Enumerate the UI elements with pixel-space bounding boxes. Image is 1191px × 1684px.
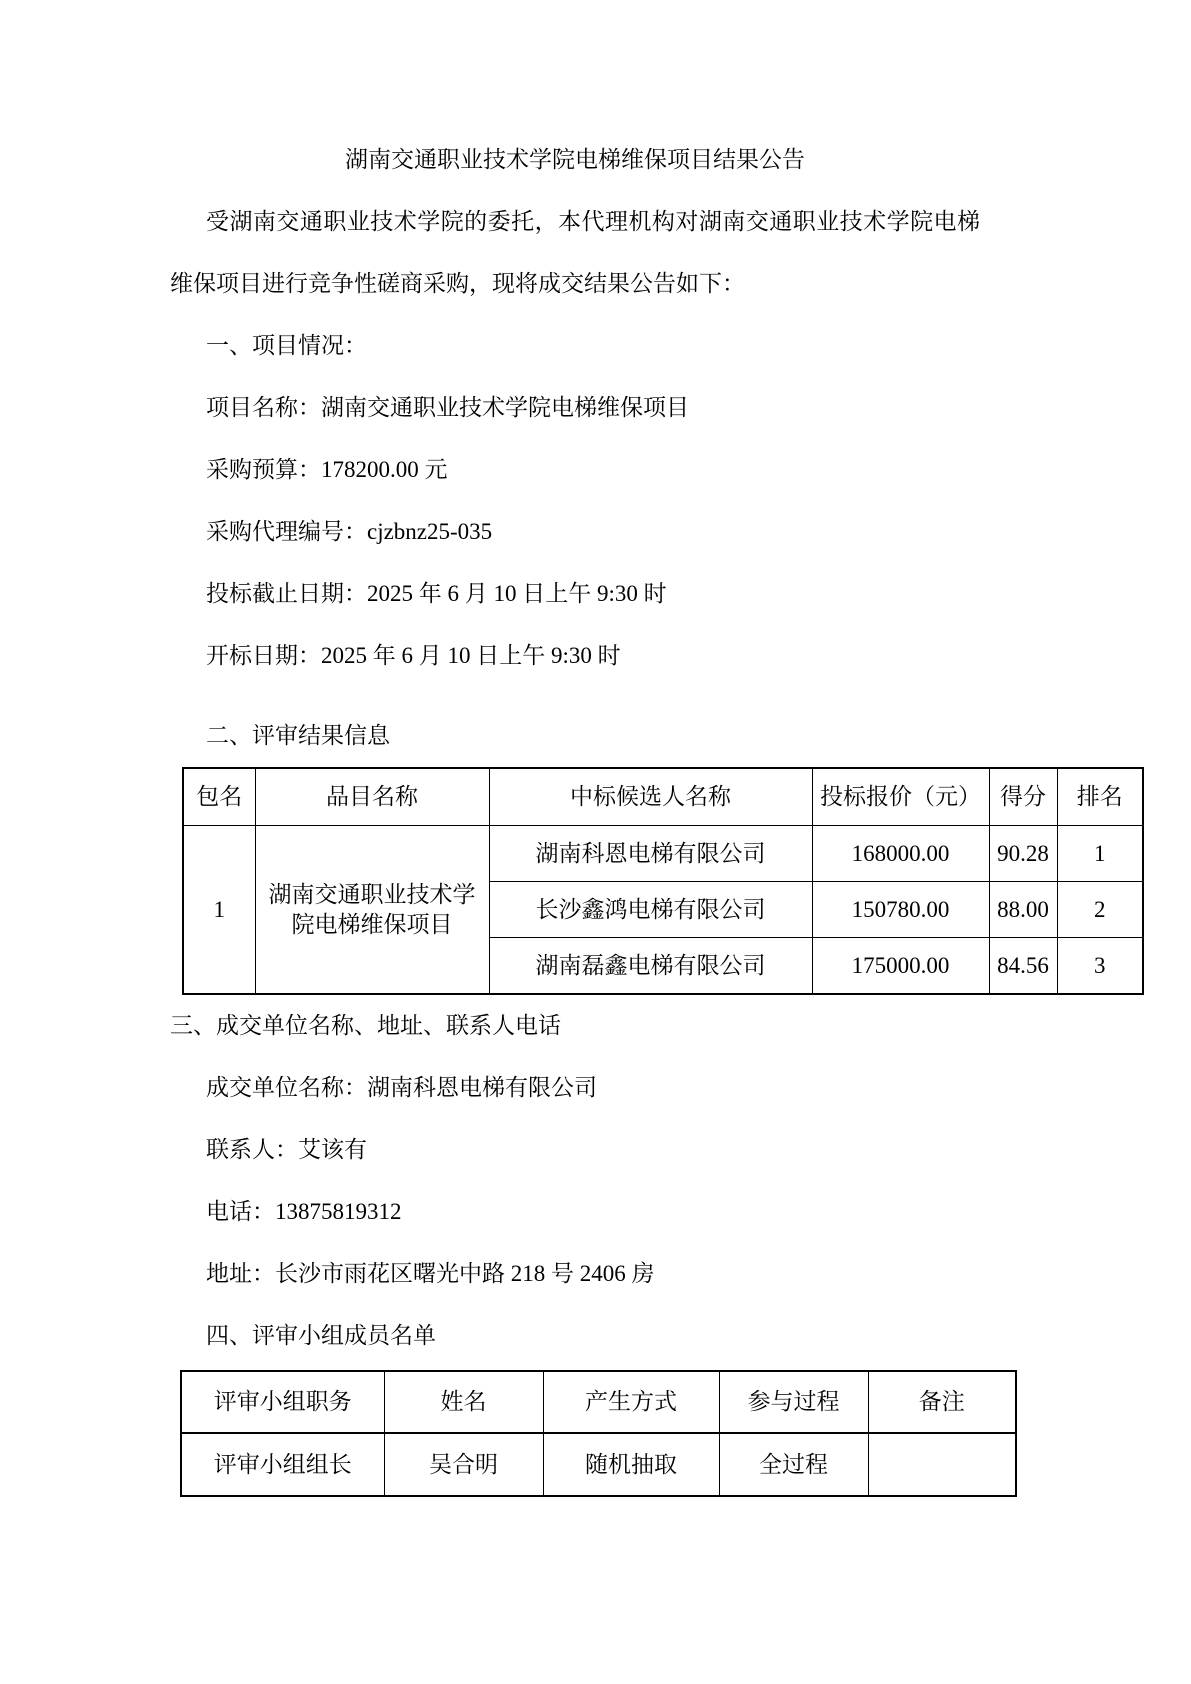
column-header-selection-method: 产生方式 <box>543 1371 719 1433</box>
field-winner-name: 成交单位名称：湖南科恩电梯有限公司 <box>170 1057 1191 1119</box>
column-header-panel-role: 评审小组职务 <box>181 1371 384 1433</box>
item-name-cell: 湖南交通职业技术学院电梯维保项目 <box>255 826 489 995</box>
column-header-rank: 排名 <box>1057 768 1143 826</box>
panel-remark-cell <box>868 1433 1016 1496</box>
review-results-table: 包名 品目名称 中标候选人名称 投标报价（元） 得分 排名 1 湖南交通职业技术… <box>182 767 1144 995</box>
column-header-name: 姓名 <box>384 1371 543 1433</box>
field-open-date: 开标日期：2025 年 6 月 10 日上午 9:30 时 <box>170 625 1191 687</box>
price-cell: 150780.00 <box>812 882 989 938</box>
field-budget: 采购预算：178200.00 元 <box>170 439 1191 501</box>
candidate-cell: 长沙鑫鸿电梯有限公司 <box>489 882 812 938</box>
field-project-name: 项目名称：湖南交通职业技术学院电梯维保项目 <box>170 377 1191 439</box>
section-heading-review-results: 二、评审结果信息 <box>170 705 1191 767</box>
field-phone: 电话：13875819312 <box>170 1181 1191 1243</box>
field-bid-deadline: 投标截止日期：2025 年 6 月 10 日上午 9:30 时 <box>170 563 1191 625</box>
field-address: 地址：长沙市雨花区曙光中路 218 号 2406 房 <box>170 1243 1191 1305</box>
document-page: 湖南交通职业技术学院电梯维保项目结果公告 受湖南交通职业技术学院的委托，本代理机… <box>0 0 1191 1684</box>
table-row: 1 湖南交通职业技术学院电梯维保项目 湖南科恩电梯有限公司 168000.00 … <box>183 826 1143 882</box>
score-cell: 88.00 <box>989 882 1057 938</box>
candidate-cell: 湖南磊鑫电梯有限公司 <box>489 938 812 995</box>
score-cell: 90.28 <box>989 826 1057 882</box>
panel-process-cell: 全过程 <box>719 1433 868 1496</box>
document-title: 湖南交通职业技术学院电梯维保项目结果公告 <box>170 129 980 191</box>
score-cell: 84.56 <box>989 938 1057 995</box>
package-cell: 1 <box>183 826 255 995</box>
column-header-item-name: 品目名称 <box>255 768 489 826</box>
panel-name-cell: 吴合明 <box>384 1433 543 1496</box>
candidate-cell: 湖南科恩电梯有限公司 <box>489 826 812 882</box>
review-panel-table: 评审小组职务 姓名 产生方式 参与过程 备注 评审小组组长 吴合明 随机抽取 全… <box>180 1370 1017 1497</box>
rank-cell: 1 <box>1057 826 1143 882</box>
table-row: 评审小组组长 吴合明 随机抽取 全过程 <box>181 1433 1016 1496</box>
table-header-row: 包名 品目名称 中标候选人名称 投标报价（元） 得分 排名 <box>183 768 1143 826</box>
intro-paragraph: 受湖南交通职业技术学院的委托，本代理机构对湖南交通职业技术学院电梯维保项目进行竞… <box>170 191 980 315</box>
column-header-participation: 参与过程 <box>719 1371 868 1433</box>
column-header-score: 得分 <box>989 768 1057 826</box>
column-header-remark: 备注 <box>868 1371 1016 1433</box>
column-header-bid-price: 投标报价（元） <box>812 768 989 826</box>
field-agency-number: 采购代理编号：cjzbnz25-035 <box>170 501 1191 563</box>
section-heading-winner-info: 三、成交单位名称、地址、联系人电话 <box>170 995 1191 1057</box>
rank-cell: 3 <box>1057 938 1143 995</box>
section-heading-review-panel: 四、评审小组成员名单 <box>170 1305 1191 1367</box>
column-header-package: 包名 <box>183 768 255 826</box>
table-header-row: 评审小组职务 姓名 产生方式 参与过程 备注 <box>181 1371 1016 1433</box>
price-cell: 175000.00 <box>812 938 989 995</box>
document-content: 湖南交通职业技术学院电梯维保项目结果公告 受湖南交通职业技术学院的委托，本代理机… <box>0 0 1191 1497</box>
rank-cell: 2 <box>1057 882 1143 938</box>
panel-role-cell: 评审小组组长 <box>181 1433 384 1496</box>
column-header-candidate: 中标候选人名称 <box>489 768 812 826</box>
section-heading-project-info: 一、项目情况： <box>170 315 1191 377</box>
field-contact-person: 联系人：艾该有 <box>170 1119 1191 1181</box>
price-cell: 168000.00 <box>812 826 989 882</box>
panel-method-cell: 随机抽取 <box>543 1433 719 1496</box>
